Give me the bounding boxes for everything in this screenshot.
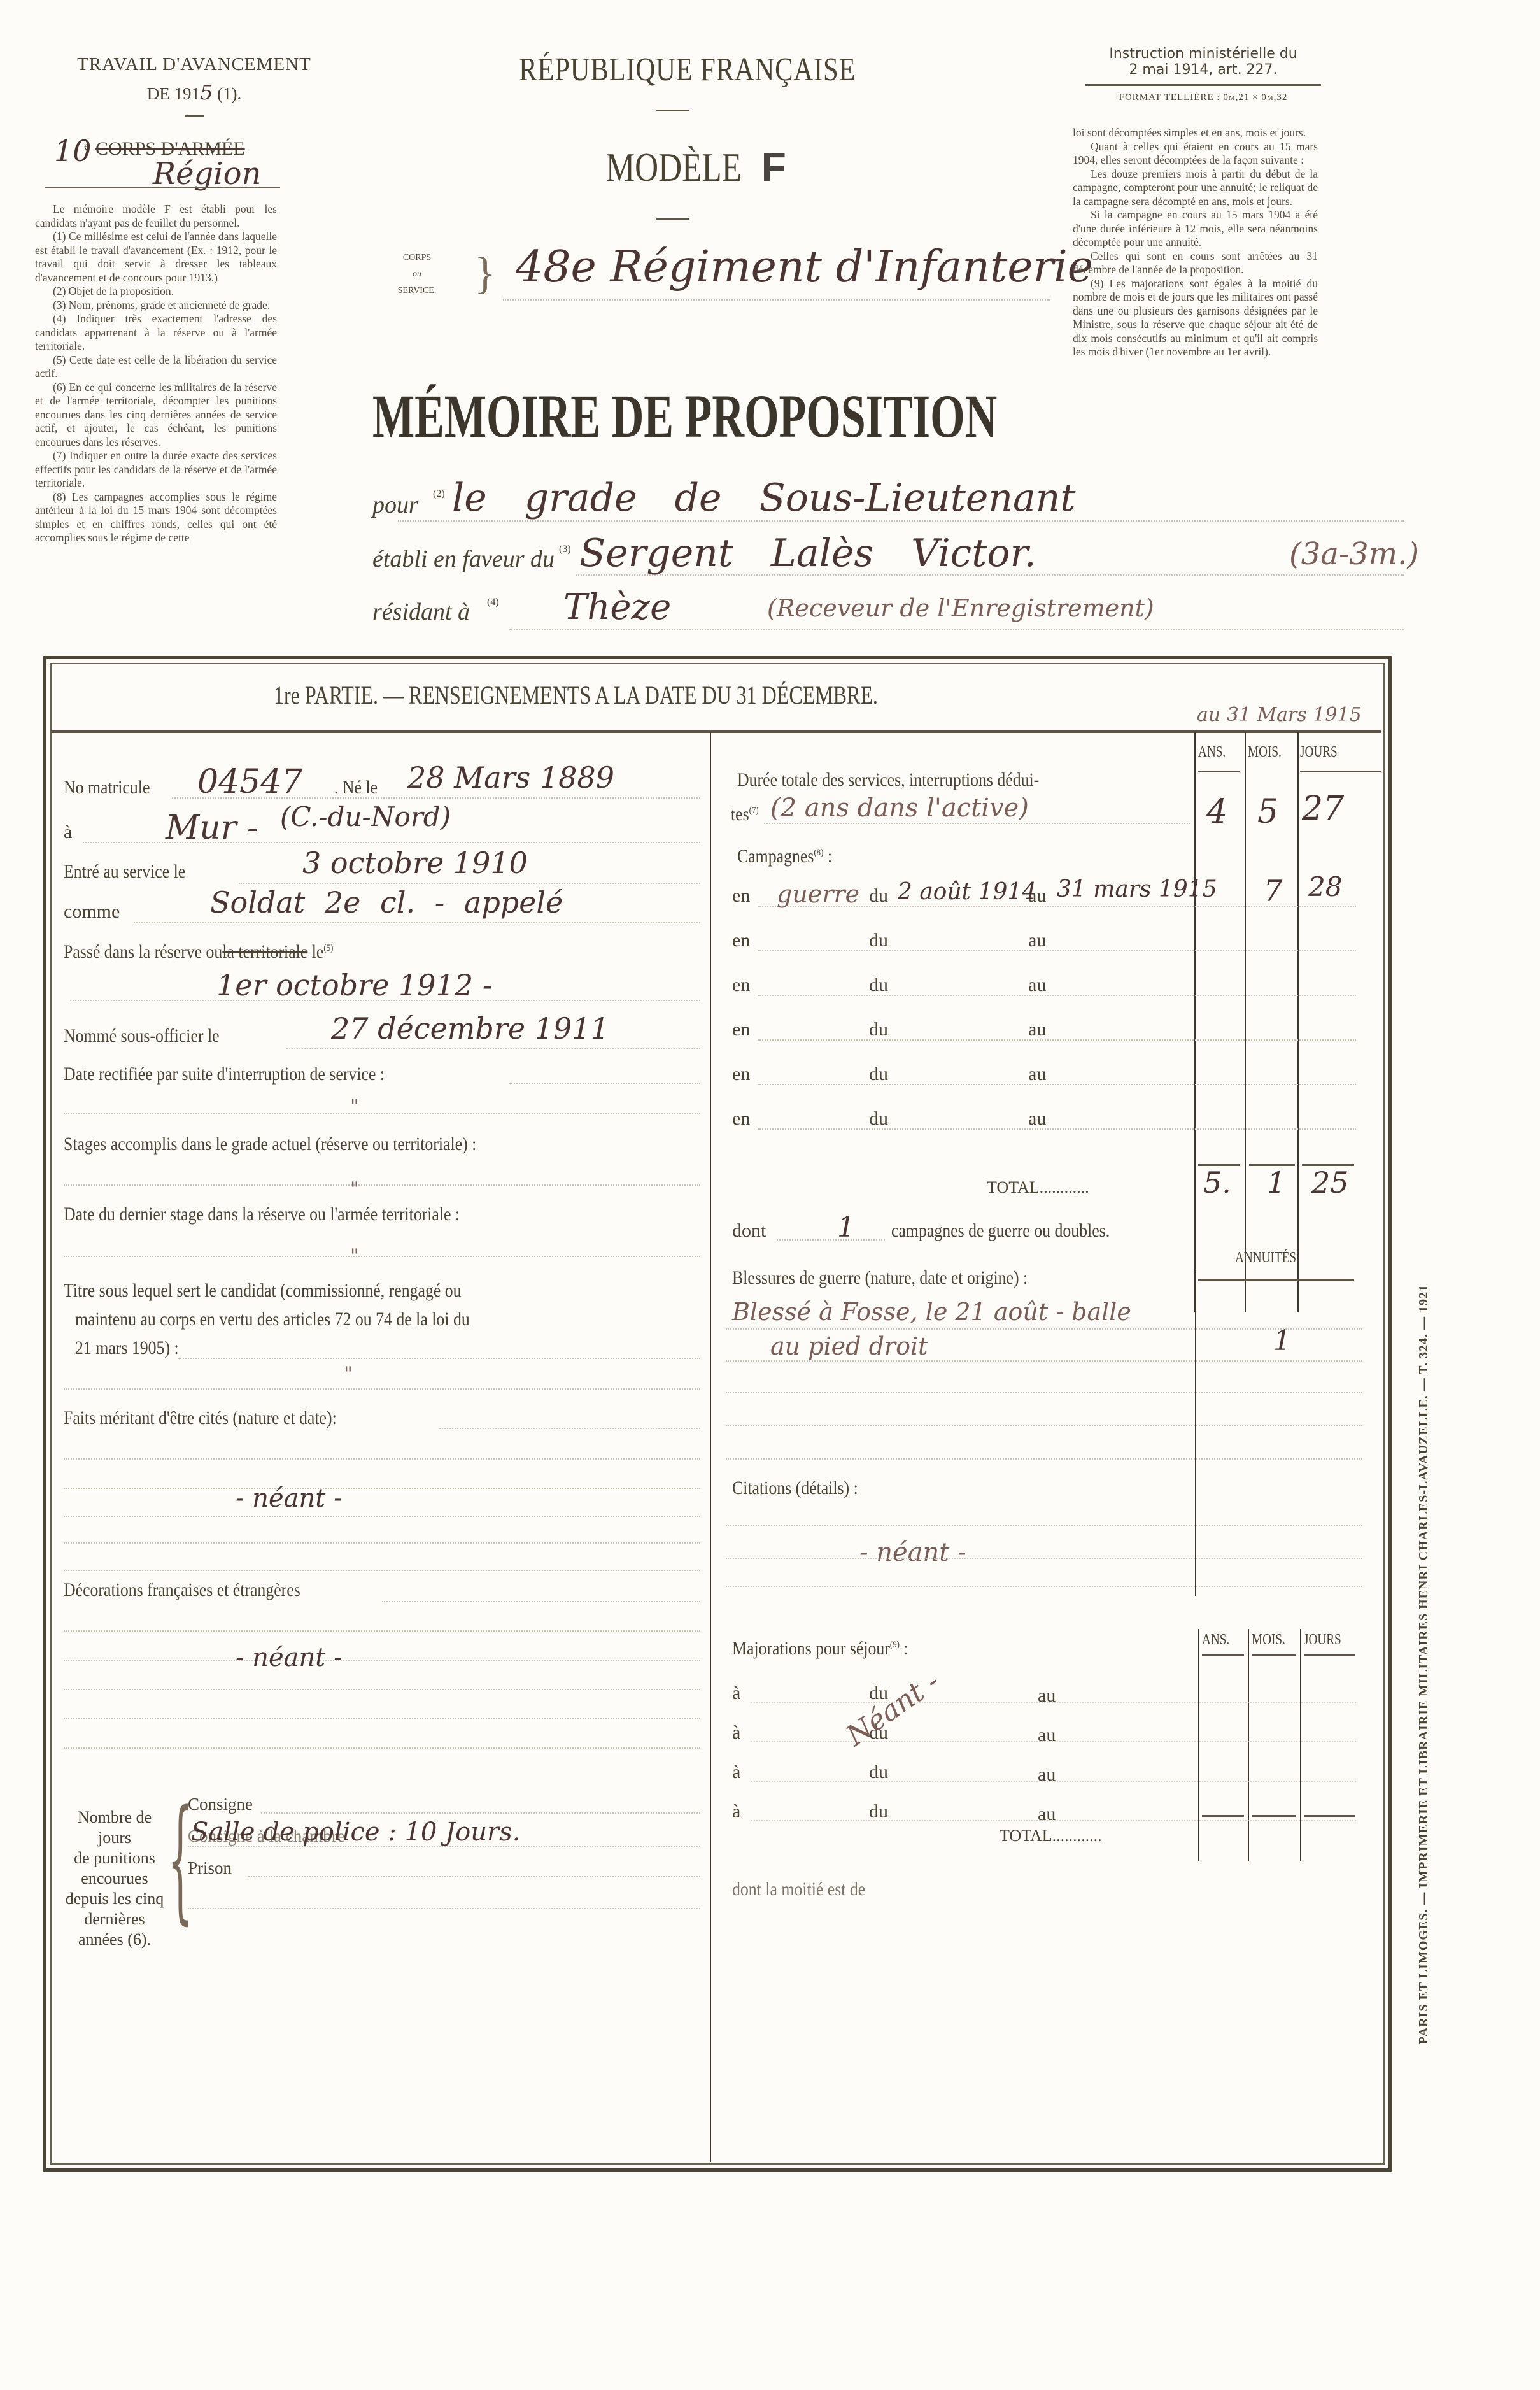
nco-date: 27 décembre 1911 <box>331 1011 609 1046</box>
etabli-row: établi en faveur du (3) Sergent Lalès Vi… <box>372 536 1404 581</box>
header-left: TRAVAIL D'AVANCEMENT DE 1915 (1). <box>38 54 350 117</box>
divider <box>656 110 689 111</box>
entry-date: 3 octobre 1910 <box>302 846 528 880</box>
birth-dept: (C.-du-Nord) <box>280 801 451 832</box>
format-tellière: FORMAT TELLIÈRE : 0m,21 × 0m,32 <box>1070 92 1337 103</box>
pour-row: pour (2) le grade de Sous-Lieutenant <box>372 481 1404 525</box>
printer-imprint: PARIS ET LIMOGES. — IMPRIMERIE ET LIBRAI… <box>1416 1284 1431 2044</box>
campaign-from: 2 août 1914 <box>898 879 1036 905</box>
date-override: au 31 Mars 1915 <box>1197 704 1362 726</box>
middle-separator <box>710 732 711 2162</box>
duree-mois: 5 <box>1257 793 1278 831</box>
faits-value: - néant - <box>236 1484 343 1513</box>
republic-title: RÉPUBLIQUE FRANÇAISE <box>433 51 942 89</box>
blessures-value-1: Blessé à Fosse, le 21 août - balle <box>732 1298 1131 1326</box>
total-mois: 1 <box>1267 1165 1285 1200</box>
instruction: Instruction ministérielle du 2 mai 1914,… <box>1070 46 1337 103</box>
notes-right: loi sont décomptées simples et en ans, m… <box>1073 126 1318 359</box>
duree-value: (2 ans dans l'active) <box>770 793 1029 823</box>
travail-year: DE 1915 (1). <box>38 80 350 104</box>
punitions-value: Salle de police : 10 Jours. <box>191 1817 520 1847</box>
residant-row: résidant à (4) Thèze (Receveur de l'Enre… <box>372 589 1404 634</box>
maj-total-label: TOTAL............ <box>1000 1826 1102 1846</box>
campaign-type: guerre <box>777 880 859 908</box>
residant-extra: (Receveur de l'Enregistrement) <box>767 594 1154 622</box>
corps-service-label: CORPS ou SERVICE. <box>395 250 439 299</box>
duree-ans: 4 <box>1206 793 1227 831</box>
divider <box>1085 84 1321 86</box>
divider <box>185 115 204 117</box>
birth-place: Mur - <box>166 809 258 847</box>
underline <box>45 187 280 188</box>
duree-jours: 27 <box>1302 790 1344 828</box>
annuites-header: ANNUITÉS. <box>1235 1249 1315 1267</box>
corps-armee-field: 10 e CORPS D'ARMÉE Région <box>45 131 344 201</box>
reserve-date: 1er octobre 1912 - <box>216 968 492 1002</box>
pour-value: le grade de Sous-Lieutenant <box>452 476 1076 520</box>
model-letter: F <box>761 144 786 190</box>
divider <box>656 218 689 220</box>
corps-service-brace: } <box>474 252 496 296</box>
year-handwritten-digit: 5 <box>200 80 213 104</box>
notes-left: Le mémoire modèle F est établi pour les … <box>35 203 277 545</box>
blessures-value-2: au pied droit <box>770 1332 928 1360</box>
residant-line <box>509 629 1404 630</box>
decorations-value: - néant - <box>236 1643 343 1672</box>
pour-line <box>398 520 1404 522</box>
model-title: MODÈLE F <box>484 143 891 191</box>
document-title: MÉMOIRE DE PROPOSITION <box>372 381 1228 452</box>
total-ans: 5. <box>1203 1165 1231 1200</box>
total-label: TOTAL............ <box>987 1178 1089 1197</box>
corps-service-line <box>503 299 1050 301</box>
travail-title: TRAVAIL D'AVANCEMENT <box>38 54 350 75</box>
entry-rank: Soldat 2e cl. - appelé <box>210 885 563 920</box>
campaign-to: 31 mars 1915 <box>1057 876 1217 902</box>
etabli-extra: (3a-3m.) <box>1289 536 1419 572</box>
majorations-value: Néant - <box>840 1665 945 1753</box>
citations-value: - néant - <box>859 1538 966 1567</box>
matricule-value: 04547 <box>197 763 302 801</box>
birth-date: 28 Mars 1889 <box>407 760 614 795</box>
total-jours: 25 <box>1311 1165 1349 1200</box>
dont-value: 1 <box>837 1211 855 1244</box>
etabli-value: Sergent Lalès Victor. <box>579 531 1036 576</box>
left-column: No matricule 04547 . Né le 28 Mars 1889 … <box>51 732 707 2159</box>
corps-service-value: 48e Régiment d'Infanterie <box>516 242 1093 292</box>
punitions-label: Nombre de jours de punitions encourues d… <box>64 1807 166 1950</box>
residant-value: Thèze <box>563 587 671 628</box>
right-column: Durée totale des services, interruptions… <box>713 732 1381 2159</box>
part1-title: 1re PARTIE. — RENSEIGNEMENTS A LA DATE D… <box>274 680 1029 710</box>
